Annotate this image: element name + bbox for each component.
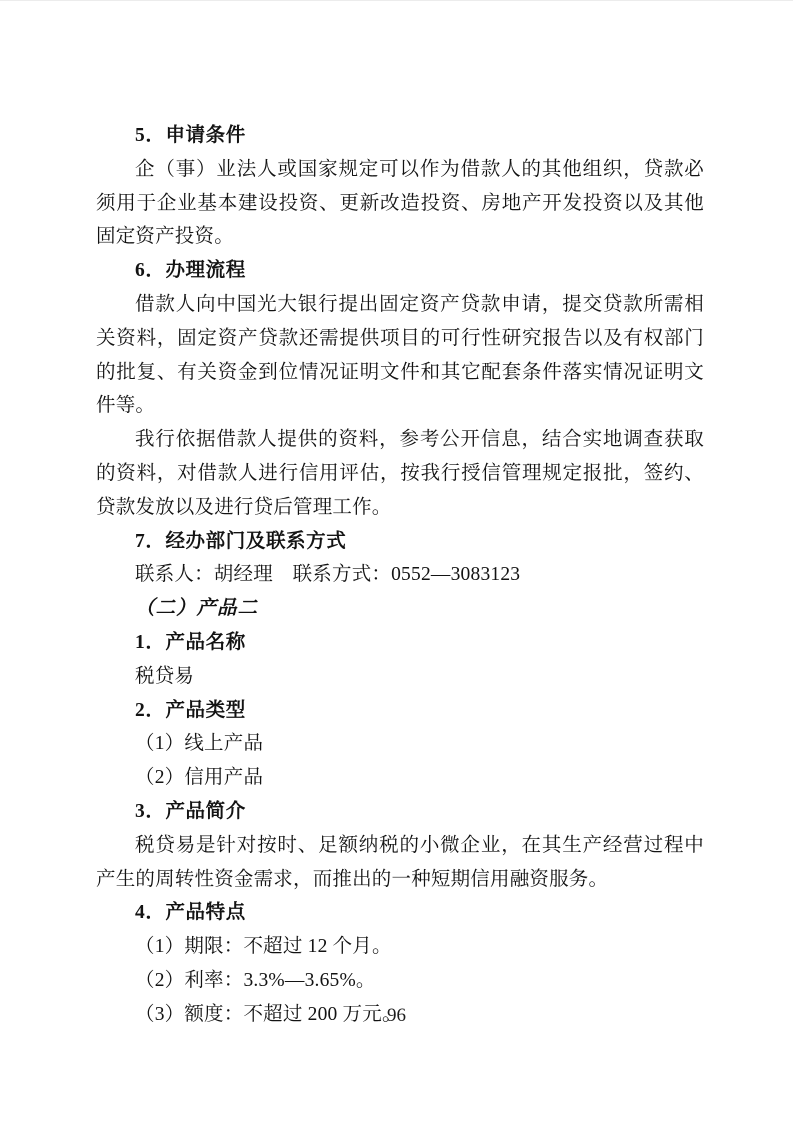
section-heading-product-two: （二）产品二: [96, 592, 704, 626]
body-paragraph-process-2: 我行依据借款人提供的资料，参考公开信息，结合实地调查获取的资料，对借款人进行信用…: [96, 423, 704, 524]
section-heading-product-features: 4．产品特点: [96, 896, 704, 930]
section-heading-product-intro: 3．产品简介: [96, 795, 704, 829]
product-feature-item-2: （2）利率：3.3%—3.65%。: [96, 964, 704, 998]
body-paragraph-process-1: 借款人向中国光大银行提出固定资产贷款申请，提交贷款所需相关资料，固定资产贷款还需…: [96, 288, 704, 423]
document-page: 5．申请条件 企（事）业法人或国家规定可以作为借款人的其他组织，贷款必须用于企业…: [0, 0, 793, 1122]
contact-line: 联系人：胡经理 联系方式：0552—3083123: [96, 558, 704, 592]
section-heading-product-type: 2．产品类型: [96, 694, 704, 728]
product-type-item-1: （1）线上产品: [96, 727, 704, 761]
section-heading-product-name: 1．产品名称: [96, 626, 704, 660]
body-paragraph-application-conditions: 企（事）业法人或国家规定可以作为借款人的其他组织，贷款必须用于企业基本建设投资、…: [96, 153, 704, 254]
body-paragraph-product-intro: 税贷易是针对按时、足额纳税的小微企业，在其生产经营过程中产生的周转性资金需求，而…: [96, 829, 704, 897]
product-type-item-2: （2）信用产品: [96, 761, 704, 795]
product-name-value: 税贷易: [96, 660, 704, 694]
section-heading-application-conditions: 5．申请条件: [96, 119, 704, 153]
section-heading-process: 6．办理流程: [96, 254, 704, 288]
document-content: 5．申请条件 企（事）业法人或国家规定可以作为借款人的其他组织，贷款必须用于企业…: [96, 119, 704, 1032]
product-feature-item-1: （1）期限：不超过 12 个月。: [96, 930, 704, 964]
page-number: 96: [0, 1002, 793, 1030]
section-heading-contact: 7．经办部门及联系方式: [96, 525, 704, 559]
